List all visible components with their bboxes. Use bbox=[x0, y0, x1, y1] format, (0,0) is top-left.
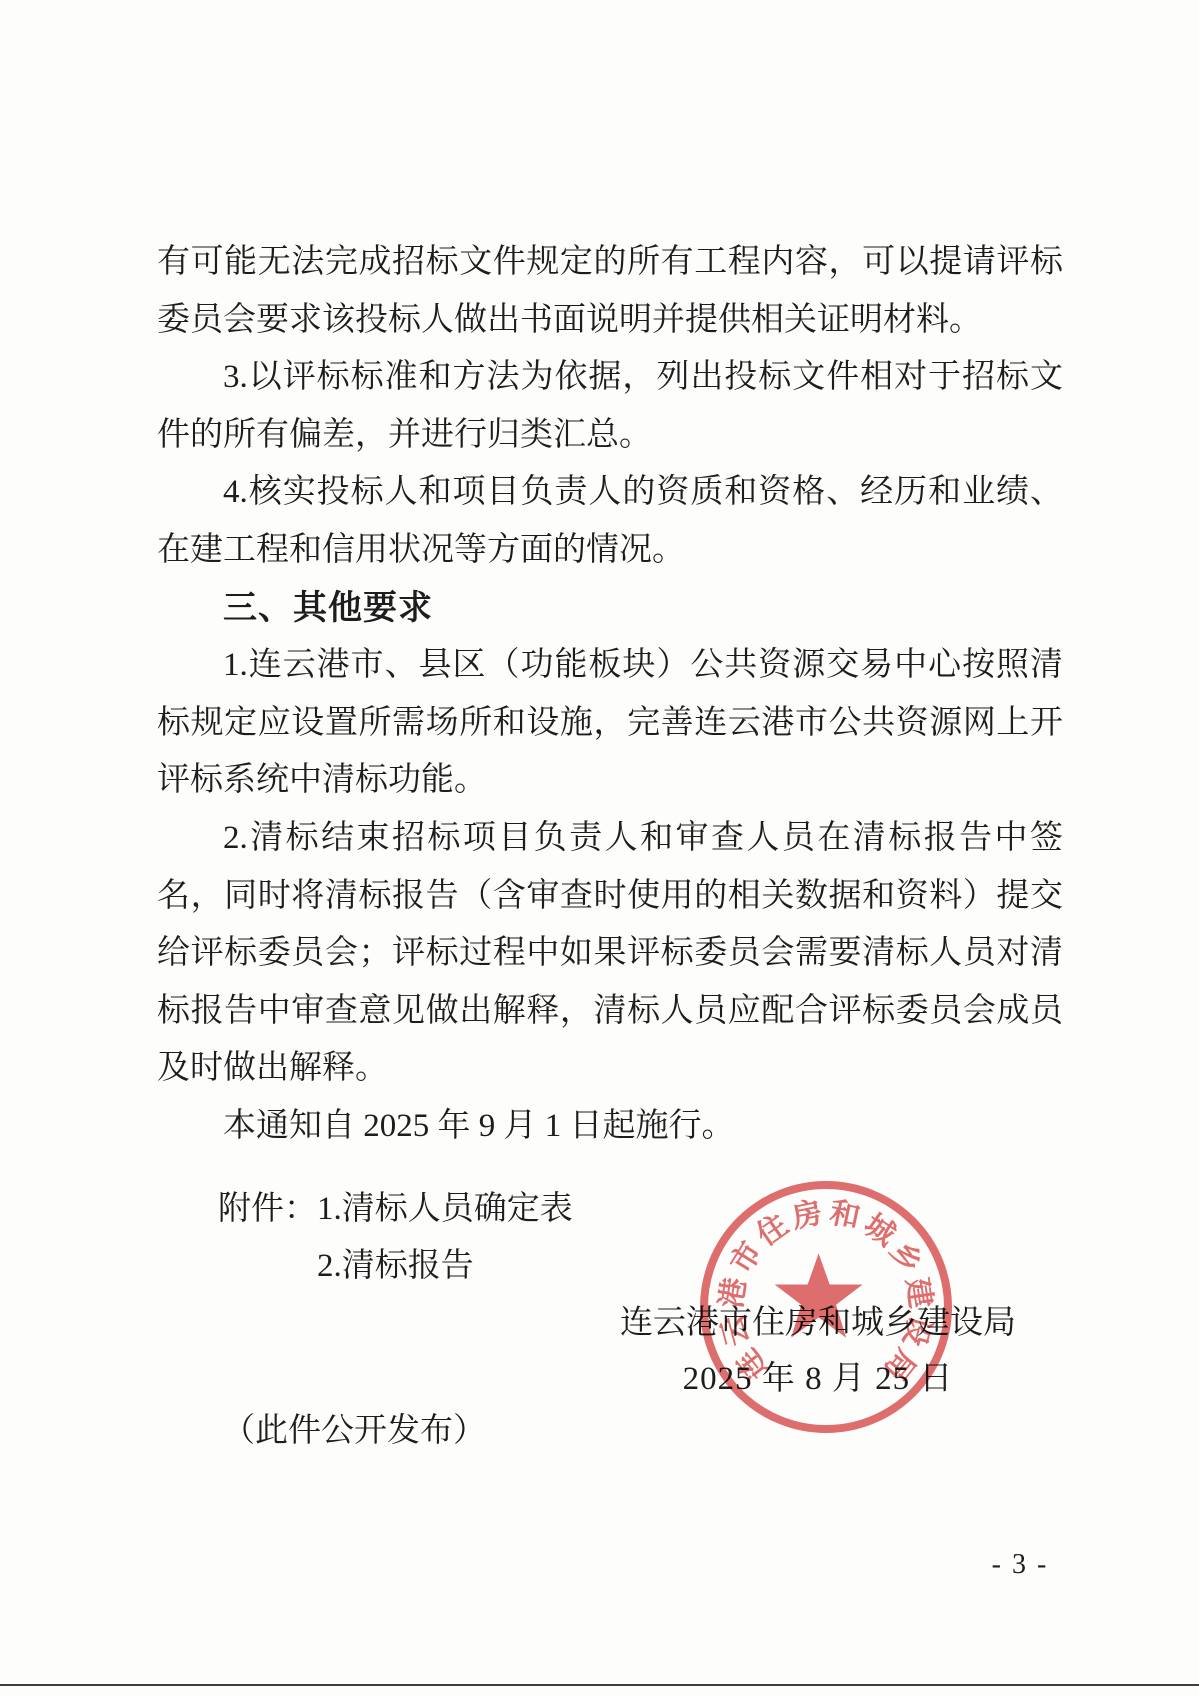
body-line: 有可能无法完成招标文件规定的所有工程内容，可以提请评标 bbox=[157, 234, 1063, 292]
body-line: 评标系统中清标功能。 bbox=[157, 752, 1063, 810]
body-line: 标报告中审查意见做出解释，清标人员应配合评标委员会成员 bbox=[157, 983, 1063, 1041]
attachment-item-2: 2.清标报告 bbox=[317, 1248, 474, 1284]
attachment-item-1: 1.清标人员确定表 bbox=[317, 1191, 573, 1227]
attachment-list: 附件：1.清标人员确定表 2.清标报告 bbox=[218, 1181, 573, 1295]
body-line: 标规定应设置所需场所和设施，完善连云港市公共资源网上开 bbox=[157, 695, 1063, 753]
body-line: 2.清标结束招标项目负责人和审查人员在清标报告中签 bbox=[157, 810, 1063, 868]
body-line: 件的所有偏差，并进行归类汇总。 bbox=[157, 407, 1063, 465]
attachment-label: 附件： bbox=[218, 1191, 317, 1227]
scan-edge-line bbox=[0, 1684, 1199, 1686]
seal-arc-char: 住 bbox=[749, 1207, 796, 1254]
body-line: 1.连云港市、县区（功能板块）公共资源交易中心按照清 bbox=[157, 637, 1063, 695]
attachment-row-1: 附件：1.清标人员确定表 bbox=[218, 1181, 573, 1238]
body-line: 给评标委员会；评标过程中如果评标委员会需要清标人员对清 bbox=[157, 925, 1063, 983]
seal-arc-char: 和 bbox=[825, 1196, 865, 1236]
page-number: - 3 - bbox=[955, 1549, 1085, 1581]
seal-arc-char: 市 bbox=[724, 1235, 771, 1282]
body-line: 委员会要求该投标人做出书面说明并提供相关证明材料。 bbox=[157, 292, 1063, 350]
issuing-agency: 连云港市住房和城乡建设局 bbox=[618, 1295, 1018, 1351]
signature-block: 连云港市住房和城乡建设局 2025 年 8 月 25 日 bbox=[618, 1295, 1018, 1407]
body-line: 在建工程和信用状况等方面的情况。 bbox=[157, 522, 1063, 580]
body-line: 3.以评标标准和方法为依据，列出投标文件相对于招标文 bbox=[157, 349, 1063, 407]
seal-arc-char: 房 bbox=[787, 1196, 827, 1236]
attachment-row-2: 2.清标报告 bbox=[317, 1238, 573, 1295]
issue-date: 2025 年 8 月 25 日 bbox=[618, 1351, 1018, 1407]
public-release-note: （此件公开发布） bbox=[222, 1403, 486, 1459]
seal-arc-char: 城 bbox=[856, 1207, 903, 1254]
body-line: 名，同时将清标报告（含审查时使用的相关数据和资料）提交 bbox=[157, 868, 1063, 926]
body-line: 及时做出解释。 bbox=[157, 1040, 1063, 1098]
document-page: 有可能无法完成招标文件规定的所有工程内容，可以提请评标委员会要求该投标人做出书面… bbox=[0, 0, 1199, 1696]
seal-arc-char: 乡 bbox=[882, 1235, 929, 1282]
section-heading: 三、其他要求 bbox=[157, 580, 1063, 638]
body-line: 4.核实投标人和项目负责人的资质和资格、经历和业绩、 bbox=[157, 464, 1063, 522]
notice-body: 有可能无法完成招标文件规定的所有工程内容，可以提请评标委员会要求该投标人做出书面… bbox=[157, 234, 1063, 1156]
body-line: 本通知自 2025 年 9 月 1 日起施行。 bbox=[157, 1098, 1063, 1156]
